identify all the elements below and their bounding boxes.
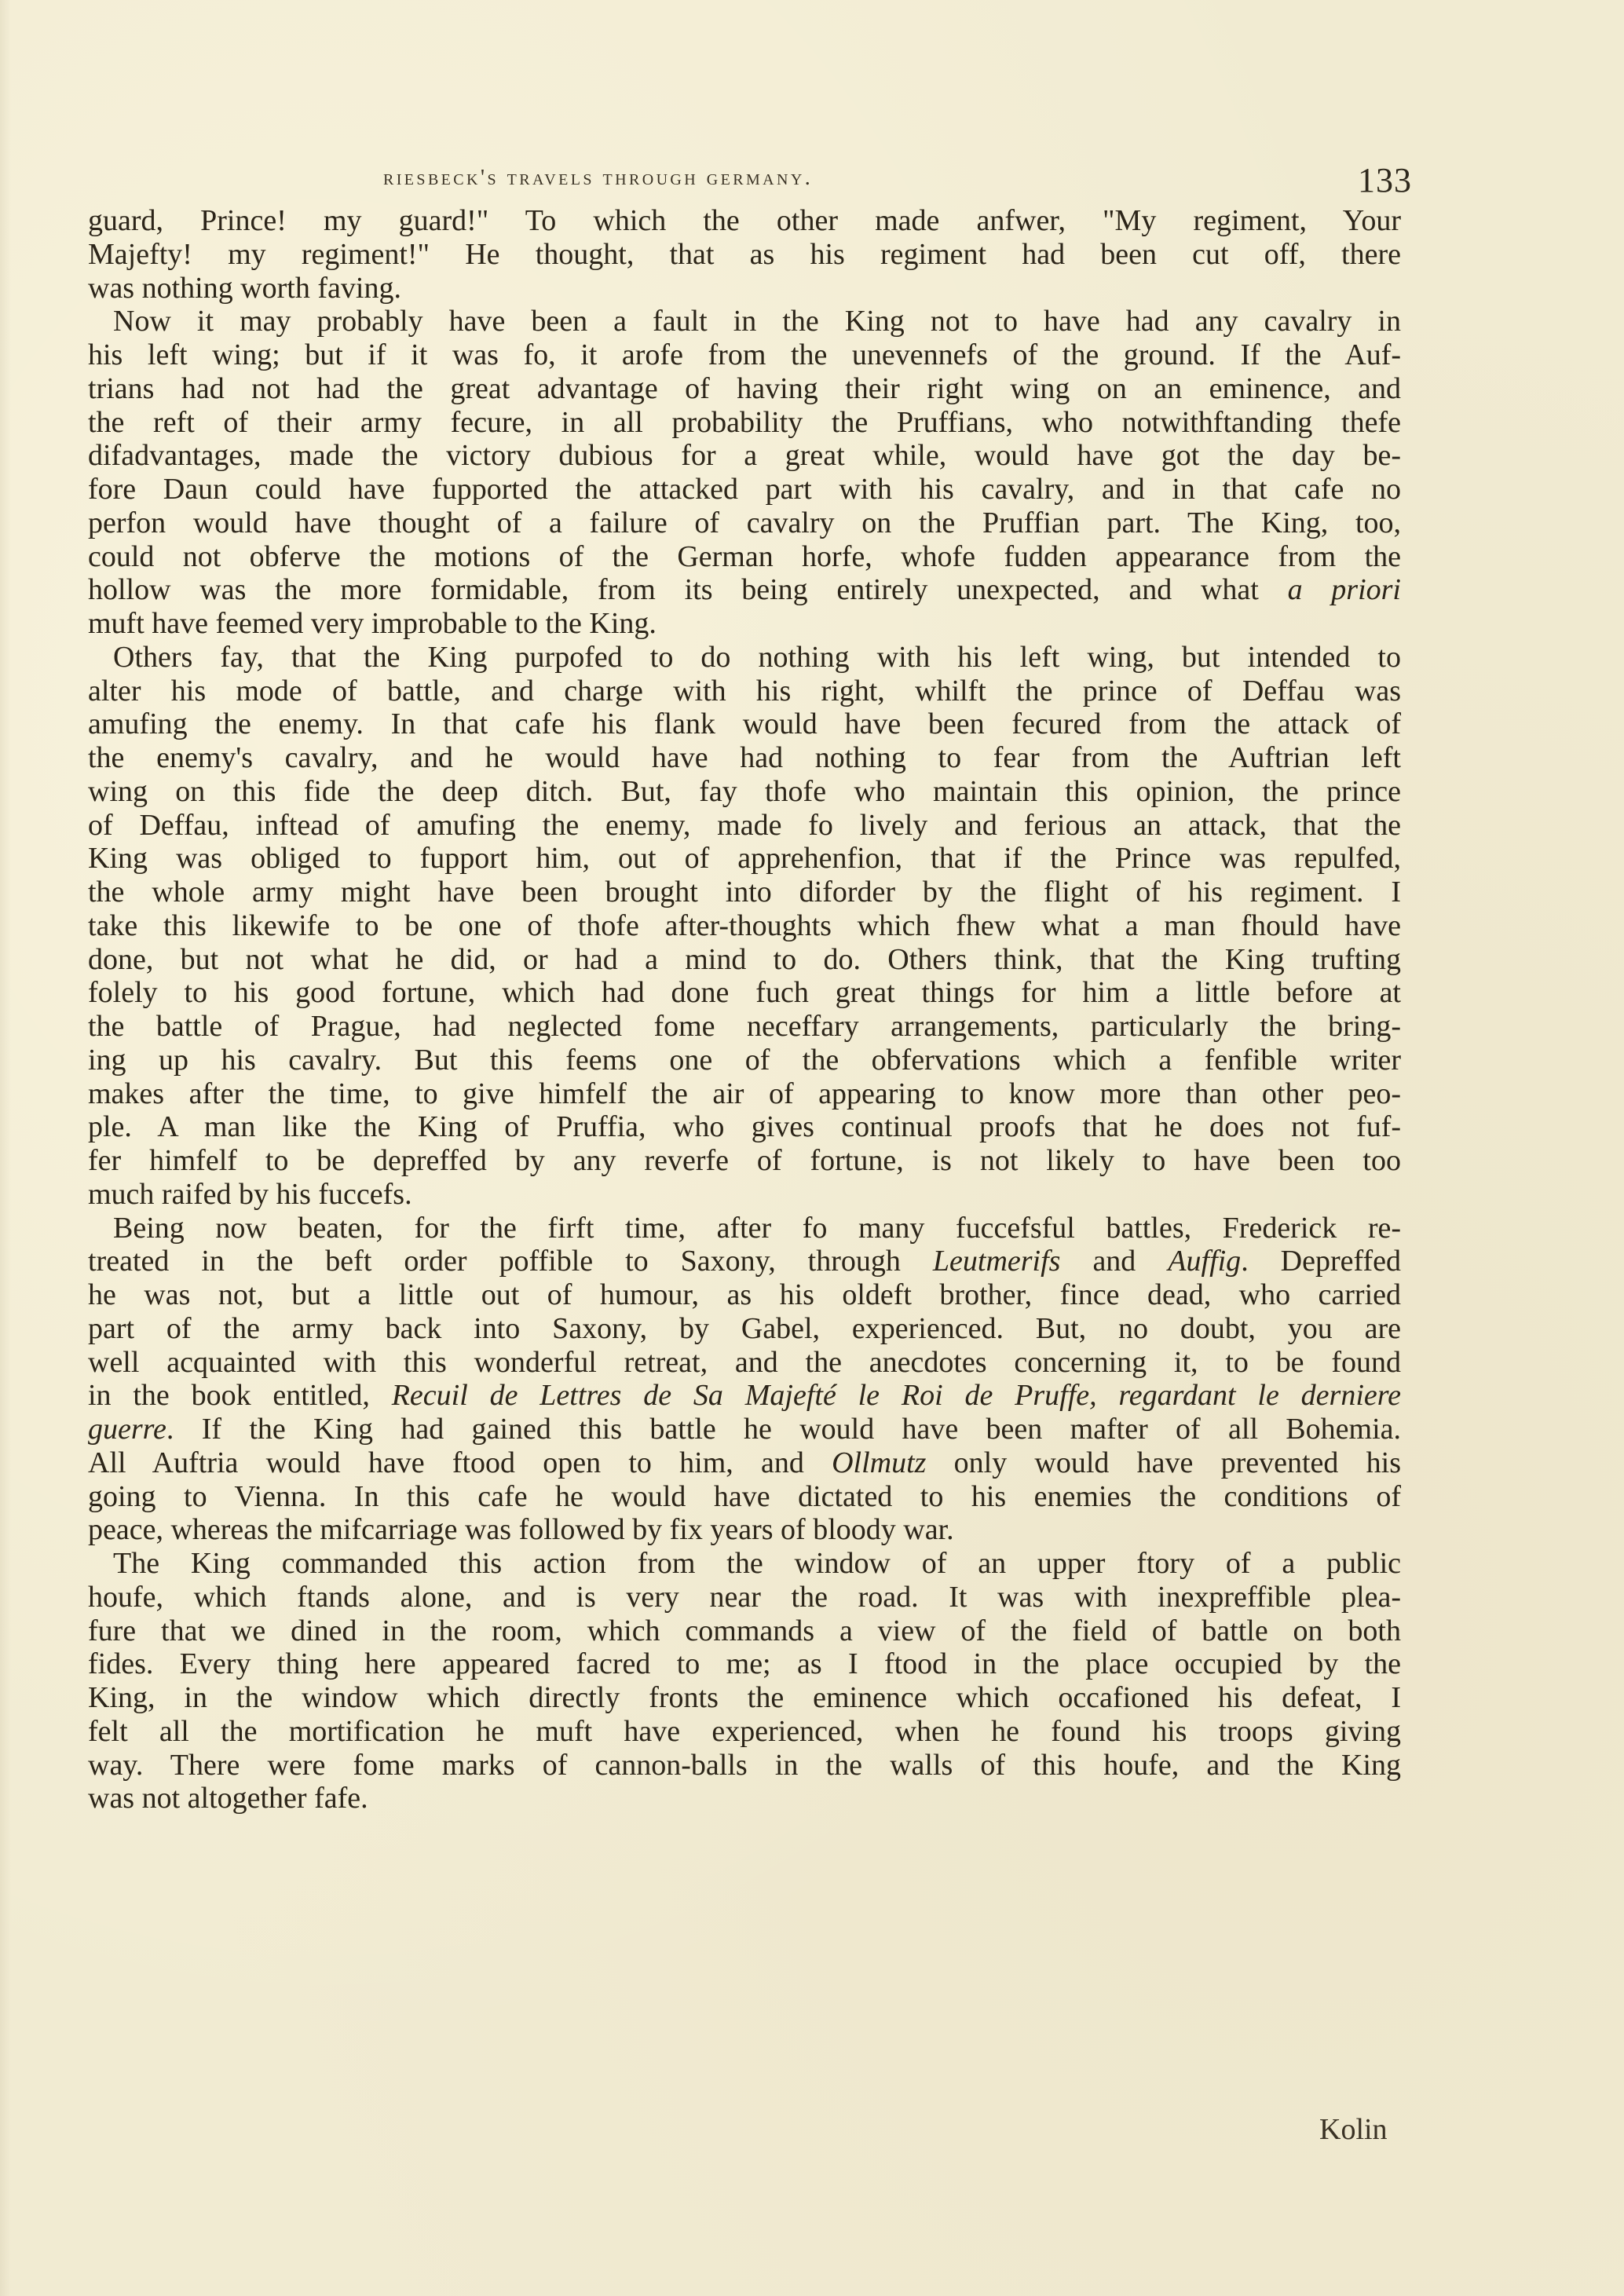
text-line: he was not, but a little out of humour, … — [88, 1278, 1401, 1312]
text-line: hollow was the more formidable, from its… — [88, 573, 1401, 607]
text-line: King, in the window which directly front… — [88, 1681, 1401, 1715]
text-line: trians had not had the great advantage o… — [88, 372, 1401, 406]
book-page: RIESBECK'S TRAVELS THROUGH GERMANY. 133 … — [0, 0, 1624, 2296]
text-line: the enemy's cavalry, and he would have h… — [88, 741, 1401, 775]
text-line: Majefty! my regiment!" He thought, that … — [88, 238, 1401, 272]
catchword: Kolin — [1319, 2112, 1388, 2147]
text-line: fore Daun could have fupported the attac… — [88, 473, 1401, 506]
text-line: fure that we dined in the room, which co… — [88, 1614, 1401, 1648]
text-line: houfe, which ftands alone, and is very n… — [88, 1581, 1401, 1614]
text-line: the reft of their army fecure, in all pr… — [88, 406, 1401, 440]
text-line: Now it may probably have been a fault in… — [88, 305, 1401, 338]
text-line: part of the army back into Saxony, by Ga… — [88, 1312, 1401, 1346]
text-line: the battle of Prague, had neglected fome… — [88, 1010, 1401, 1044]
text-line: makes after the time, to give himfelf th… — [88, 1077, 1401, 1111]
text-line: peace, whereas the mifcarriage was follo… — [88, 1513, 1401, 1547]
page-number: 133 — [1358, 160, 1412, 200]
text-line: of Deffau, inftead of amufing the enemy,… — [88, 809, 1401, 843]
italic-phrase: a priori — [1288, 573, 1401, 606]
text-line: his left wing; but if it was fo, it arof… — [88, 338, 1401, 372]
text-line: wing on this fide the deep ditch. But, f… — [88, 775, 1401, 809]
text-line: the whole army might have been brought i… — [88, 876, 1401, 909]
italic-phrase: guerre — [88, 1413, 166, 1446]
text-line: well acquainted with this wonderful retr… — [88, 1346, 1401, 1380]
text-line: going to Vienna. In this cafe he would h… — [88, 1480, 1401, 1514]
text-line: was nothing worth faving. — [88, 272, 1401, 305]
running-title: RIESBECK'S TRAVELS THROUGH GERMANY. — [383, 165, 813, 191]
text-line: way. There were fome marks of cannon-bal… — [88, 1749, 1401, 1782]
text-line: felt all the mortification he muft have … — [88, 1715, 1401, 1749]
page-edge-shadow — [0, 0, 11, 2296]
text-line: much raifed by his fuccefs. — [88, 1178, 1401, 1212]
text-line: ple. A man like the King of Pruffia, who… — [88, 1110, 1401, 1144]
running-head: RIESBECK'S TRAVELS THROUGH GERMANY. 133 — [383, 162, 1412, 201]
text-line: guerre. If the King had gained this batt… — [88, 1413, 1401, 1446]
text-line: in the book entitled, Recuil de Lettres … — [88, 1379, 1401, 1413]
text-line: take this likewife to be one of thofe af… — [88, 909, 1401, 943]
text-line: done, but not what he did, or had a mind… — [88, 943, 1401, 977]
text-line: was not altogether fafe. — [88, 1782, 1401, 1815]
text-line: treated in the beft order poffible to Sa… — [88, 1245, 1401, 1278]
text-line: muft have feemed very improbable to the … — [88, 607, 1401, 641]
text-line: Being now beaten, for the firft time, af… — [88, 1212, 1401, 1245]
text-line: could not obferve the motions of the Ger… — [88, 540, 1401, 574]
text-line: All Auftria would have ftood open to him… — [88, 1446, 1401, 1480]
text-line: ing up his cavalry. But this feems one o… — [88, 1044, 1401, 1077]
italic-phrase: Leutmerifs — [933, 1245, 1061, 1278]
text-line: amufing the enemy. In that cafe his flan… — [88, 707, 1401, 741]
text-line: guard, Prince! my guard!" To which the o… — [88, 204, 1401, 238]
text-line: The King commanded this action from the … — [88, 1547, 1401, 1581]
body-text: guard, Prince! my guard!" To which the o… — [88, 204, 1401, 1815]
text-line: fer himfelf to be depreffed by any rever… — [88, 1144, 1401, 1178]
text-line: alter his mode of battle, and charge wit… — [88, 675, 1401, 708]
text-line: fides. Every thing here appeared facred … — [88, 1647, 1401, 1681]
italic-phrase: Ollmutz — [832, 1446, 926, 1479]
text-line: difadvantages, made the victory dubious … — [88, 439, 1401, 473]
text-line: folely to his good fortune, which had do… — [88, 976, 1401, 1010]
text-line: perfon would have thought of a failure o… — [88, 506, 1401, 540]
text-line: King was obliged to fupport him, out of … — [88, 842, 1401, 876]
italic-phrase: Auffig — [1168, 1245, 1241, 1278]
text-line: Others fay, that the King purpofed to do… — [88, 641, 1401, 675]
italic-phrase: Recuil de Lettres de Sa Majefté le Roi d… — [392, 1379, 1401, 1412]
